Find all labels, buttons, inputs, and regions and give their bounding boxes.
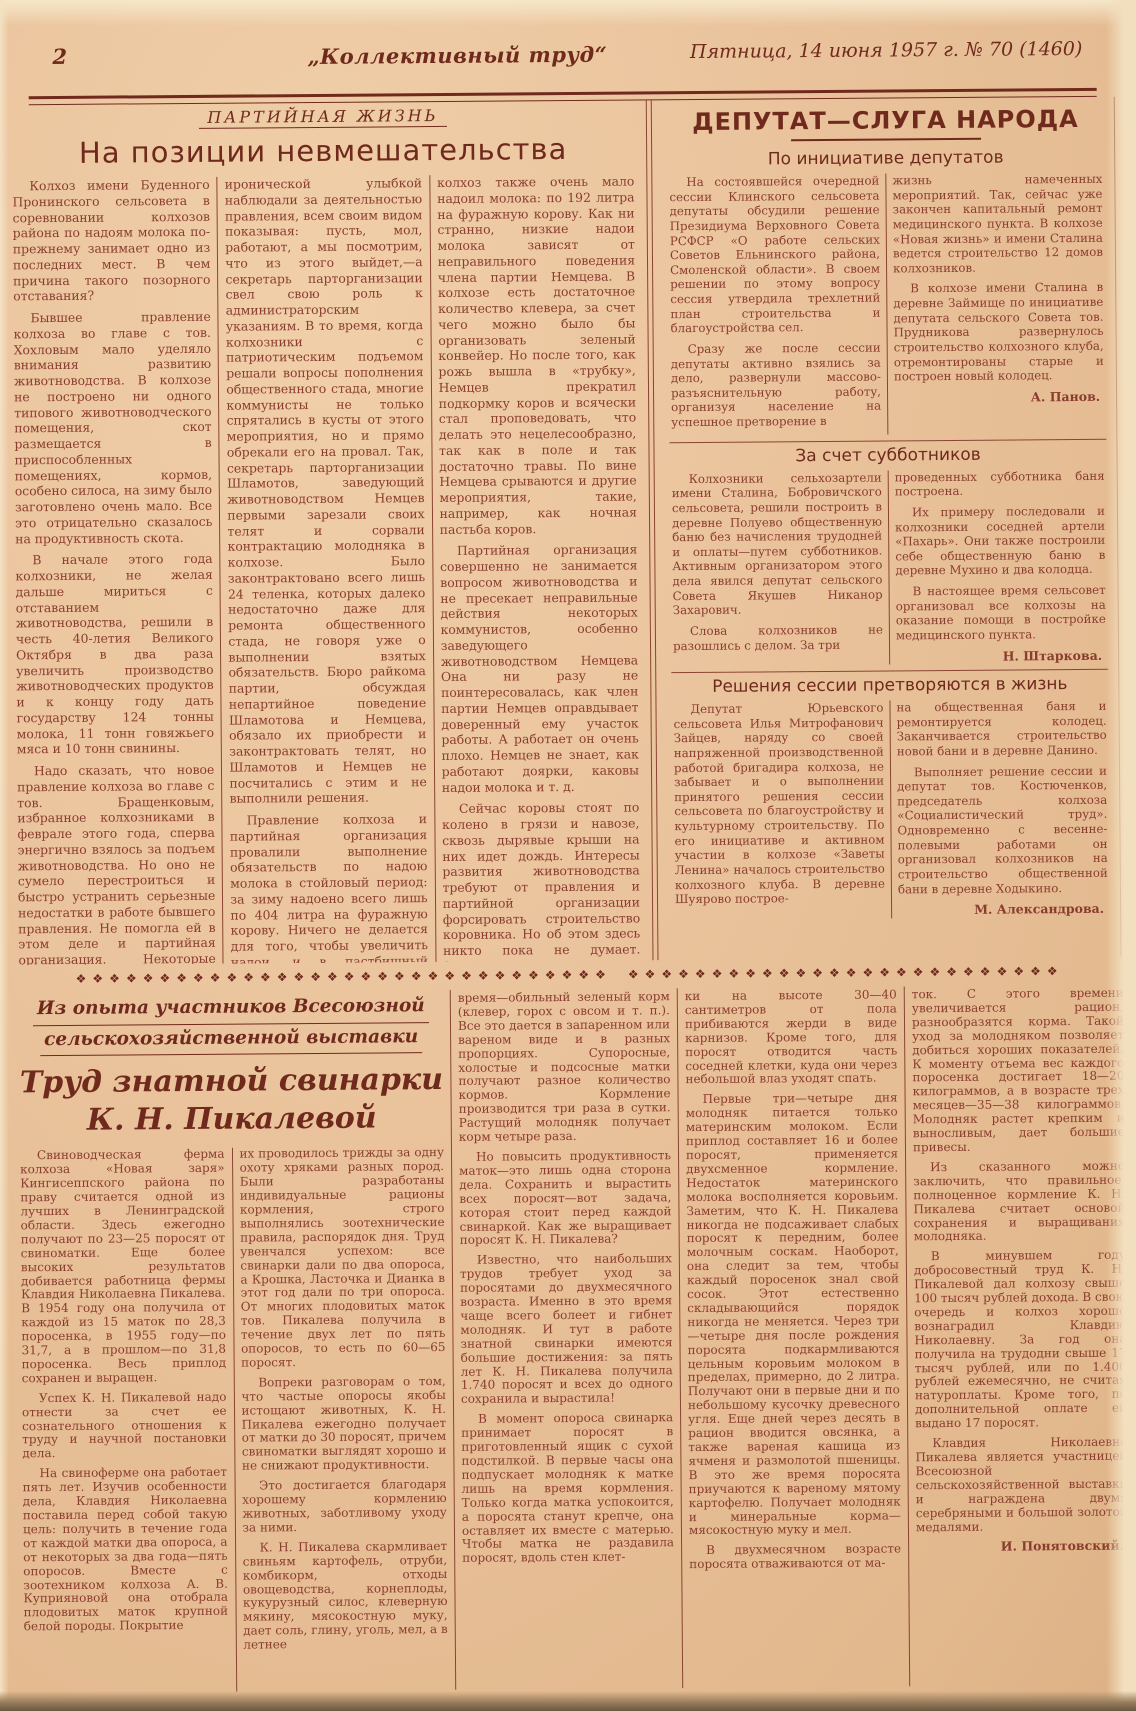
article-columns: Колхоз имени Буденного Пронинского сельс…	[5, 173, 647, 965]
column-a-text: Колхозники сельхозартели имени Сталина, …	[672, 470, 883, 653]
column-a: Колхозники сельхозартели имени Сталина, …	[666, 470, 890, 666]
column-3-text: колхоз также очень мало надоил молока: п…	[437, 173, 641, 962]
title-underline	[791, 138, 981, 141]
column-4: ки на высоте 30—40 сантиметров от пола п…	[677, 986, 909, 1688]
column-2: их проводилось трижды за одну охоту хряк…	[231, 1146, 455, 1691]
sub-article-initiative: По инициативе депутатов На состоявшейся …	[663, 143, 1110, 436]
section-title: ДЕПУТАТ—СЛУГА НАРОДА	[663, 105, 1108, 136]
kicker-text: ПАРТИЙНАЯ ЖИЗНЬ	[199, 106, 446, 129]
sub-article-columns: Колхозники сельхозартели имени Сталина, …	[666, 468, 1113, 666]
newspaper-page: 2 „Коллективный труд“ Пятница, 14 июня 1…	[0, 0, 1136, 1711]
sub-article-rule	[671, 669, 1108, 673]
dateline: Пятница, 14 июня 1957 г. № 70 (1460)	[690, 38, 1083, 63]
kicker-line-1: Из опыта участников Всесоюзной	[33, 992, 429, 1026]
author-signature: М. Александрова.	[898, 901, 1108, 918]
column-3: время—обильный зеленый корм (клевер, гор…	[450, 988, 682, 1690]
title-line-1: Труд знатной свинарки	[20, 1062, 443, 1100]
column-5: ток. С этого времени увеличивается рацио…	[904, 985, 1136, 1687]
article-title: Труд знатной свинарки К. Н. Пикалевой	[12, 1061, 451, 1139]
sub-article-heading: За счет субботников	[665, 443, 1110, 466]
column-3-text: время—обильный зеленый корм (клевер, гор…	[458, 990, 675, 1566]
article-columns: Свиноводческая ферма колхоза «Новая заря…	[13, 1146, 455, 1693]
page-header: 2 „Коллективный труд“ Пятница, 14 июня 1…	[0, 26, 1131, 95]
column-a-text: Депутат Юрьевского сельсовета Илья Митро…	[673, 701, 885, 907]
sub-article-heading: Решения сессии претворяются в жизнь	[667, 674, 1112, 697]
sub-article-heading: По инициативе депутатов	[663, 147, 1108, 170]
column-1-text: Свиноводческая ферма колхоза «Новая заря…	[20, 1148, 228, 1634]
title-line-2: К. Н. Пикалевой	[87, 1100, 377, 1137]
ornament-segment: ❖❖❖❖❖❖❖❖❖❖❖❖❖❖❖❖❖❖❖❖❖❖❖❖❖❖	[628, 964, 1064, 981]
column-b: проведенных субботника баня построена.Их…	[888, 468, 1113, 664]
column-divider-double	[646, 100, 659, 960]
column-1-text: Колхоз имени Буденного Пронинского сельс…	[12, 177, 216, 966]
top-sections: ПАРТИЙНАЯ ЖИЗНЬ На позиции невмешательст…	[0, 97, 1136, 966]
sub-article-rule	[669, 438, 1106, 442]
article-heading-block: Из опыта участников Всесоюзной сельскохо…	[12, 990, 455, 1693]
author-signature: Н. Штаркова.	[896, 647, 1106, 664]
column-b: на общественная баня и ремонтируется кол…	[889, 699, 1114, 918]
section-deputy: ДЕПУТАТ—СЛУГА НАРОДА По инициативе депут…	[657, 97, 1122, 961]
author-signature: И. Понятовский.	[916, 1539, 1128, 1555]
column-5-text: ток. С этого времени увеличивается рацио…	[912, 987, 1128, 1535]
article-pig-farmer: Из опыта участников Всесоюзной сельскохо…	[2, 985, 1136, 1694]
column-2-text: их проводилось трижды за одну охоту хряк…	[239, 1146, 447, 1652]
sub-article-columns: Депутат Юрьевского сельсовета Илья Митро…	[667, 699, 1114, 920]
column-4-text: ки на высоте 30—40 сантиметров от пола п…	[685, 988, 902, 1572]
column-1: Свиноводческая ферма колхоза «Новая заря…	[13, 1148, 236, 1693]
article-title: На позиции невмешательства	[5, 131, 641, 170]
sub-article-session-decisions: Решения сессии претворяются в жизнь Депу…	[667, 663, 1114, 920]
article-party-life: ПАРТИЙНАЯ ЖИЗНЬ На позиции невмешательст…	[5, 100, 648, 965]
page-content: 2 „Коллективный труд“ Пятница, 14 июня 1…	[0, 0, 1136, 1711]
article-kicker: Из опыта участников Всесоюзной сельскохо…	[12, 992, 450, 1057]
column-2: иронической улыбкой наблюдали за деятель…	[217, 175, 436, 964]
column-2-text: иронической улыбкой наблюдали за деятель…	[225, 175, 429, 964]
column-b-text: на общественная баня и ремонтируется кол…	[896, 699, 1108, 897]
column-b-text: проведенных субботника баня построена.Их…	[895, 468, 1106, 643]
column-a: На состоявшейся очередной сессии Клинско…	[663, 173, 887, 435]
column-1: Колхоз имени Буденного Пронинского сельс…	[5, 177, 223, 966]
sub-article-columns: На состоявшейся очередной сессии Клинско…	[663, 172, 1110, 436]
column-a: Депутат Юрьевского сельсовета Илья Митро…	[667, 700, 891, 919]
column-a-text: На состоявшейся очередной сессии Клинско…	[669, 174, 881, 430]
column-3: колхоз также очень мало надоил молока: п…	[429, 173, 648, 962]
kicker-line-2: сельскохозяйственной выставки	[40, 1023, 422, 1057]
column-b: жизнь намеченных мероприятий. Так, сейча…	[885, 172, 1110, 434]
author-signature: А. Панов.	[894, 389, 1104, 406]
column-b-text: жизнь намеченных мероприятий. Так, сейча…	[892, 172, 1104, 384]
sub-article-subbotniks: За счет субботников Колхозники сельхозар…	[665, 432, 1112, 666]
section-kicker: ПАРТИЙНАЯ ЖИЗНЬ	[5, 104, 641, 130]
ornament-segment: ❖❖❖❖❖❖❖❖❖❖❖❖❖❖❖❖❖❖❖❖❖❖❖❖❖❖❖❖❖❖❖❖	[76, 968, 612, 986]
